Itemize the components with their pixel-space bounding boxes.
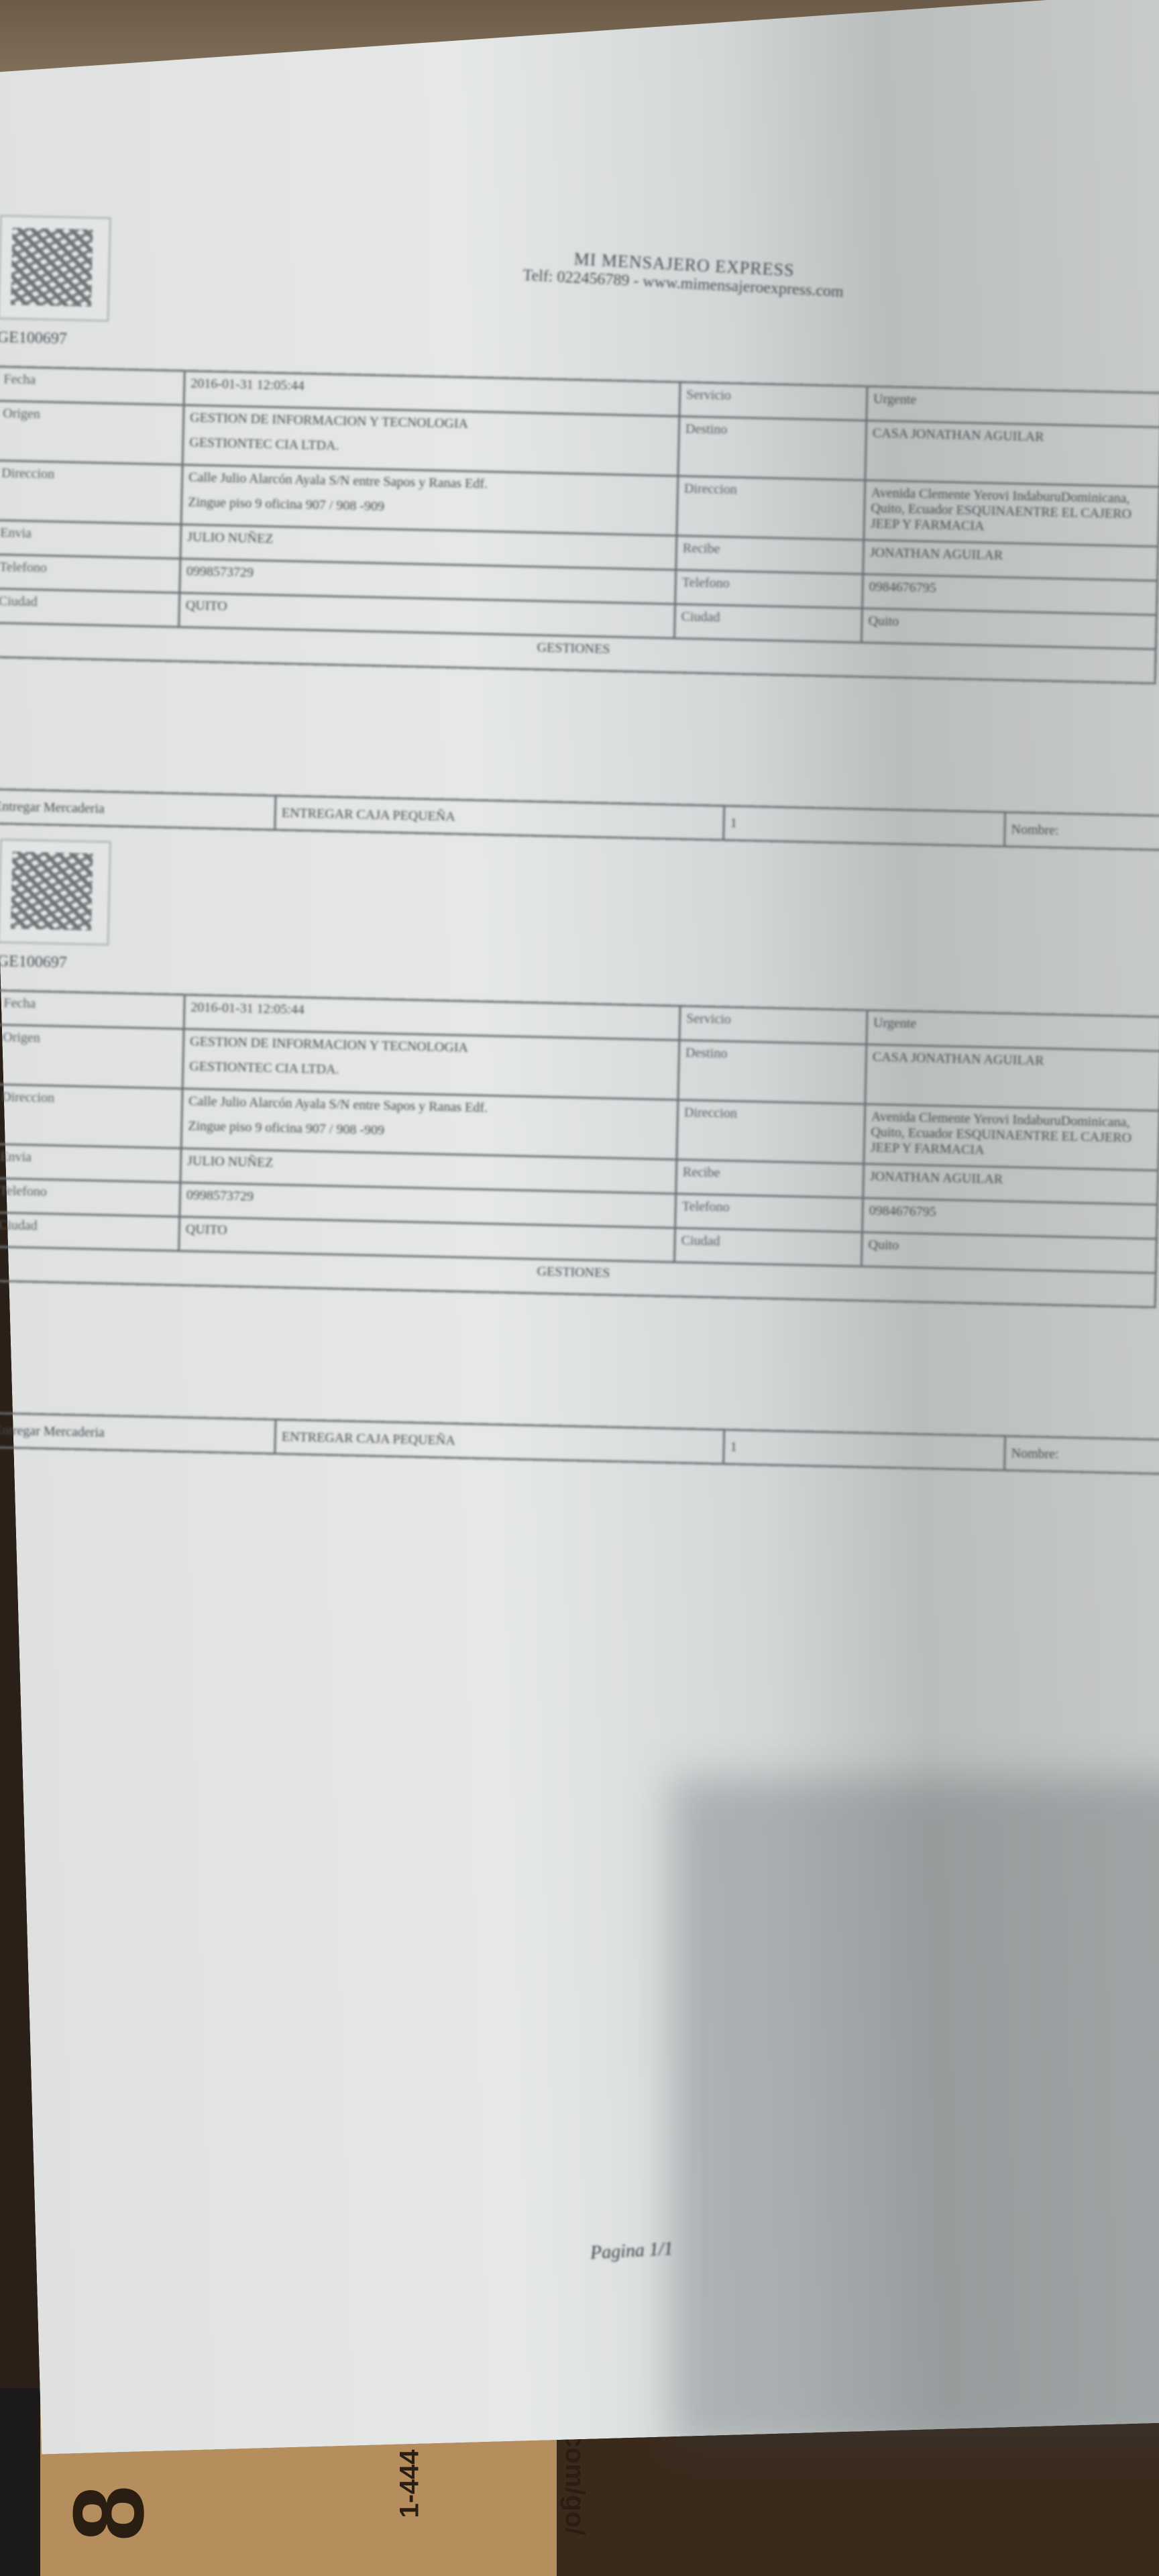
field-label: Ciudad [0,588,180,627]
field-label: Telefono [0,554,180,592]
qr-code-icon [0,839,111,946]
field-value: Calle Julio Alarcón Ayala S/N entre Sapo… [181,465,678,536]
box-print-url: com/go/ [559,2432,590,2535]
label-table: Fecha2016-01-31 12:05:44ServicioUrgente … [0,366,1159,684]
field-label: Fecha [0,366,184,405]
gestion-type: Entregar Mercaderia [0,789,276,830]
qr-code-icon [0,215,111,322]
field-value: CASA JONATHAN AGUILAR [865,421,1159,487]
field-label: Recibe [676,536,864,574]
box-print-code: 1-444 [395,2449,425,2518]
field-label: Servicio [679,382,867,421]
page-number: Pagina 1/1 [590,2239,673,2264]
field-label: Direccion [677,476,865,540]
field-label: Envia [0,1144,181,1182]
signature-field: Nombre: [1005,1436,1159,1474]
gestion-quantity: 1 [724,806,1005,846]
field-label: Ciudad [674,1228,862,1266]
field-label: Direccion [0,1084,182,1148]
label-table: Fecha2016-01-31 12:05:44ServicioUrgente … [0,989,1159,1308]
field-label: Destino [678,1040,867,1104]
signature-field: Nombre: [1005,812,1159,851]
box-print-number: 8 [50,2485,166,2541]
field-label: Telefono [0,1178,180,1216]
field-label: Telefono [675,570,863,608]
field-value: GESTION DE INFORMACION Y TECNOLOGIAGESTI… [182,405,679,476]
field-label: Origen [0,1024,184,1088]
field-label: Ciudad [0,1212,180,1250]
field-value: Avenida Clemente Yerovi IndaburuDominica… [864,480,1159,547]
field-label: Fecha [0,990,184,1028]
gestion-type: Entregar Mercaderia [0,1413,276,1454]
gestion-quantity: 1 [724,1430,1005,1470]
guide-number: GE100697 [0,953,67,972]
field-label: Recibe [676,1160,864,1198]
field-label: Servicio [679,1006,867,1044]
guide-number: GE100697 [0,329,67,348]
field-label: Destino [678,417,867,480]
field-label: Envia [0,520,181,558]
field-label: Ciudad [674,604,862,642]
field-label: Telefono [675,1193,863,1232]
field-label: Origen [0,400,184,464]
field-value: GESTION DE INFORMACION Y TECNOLOGIAGESTI… [182,1029,679,1100]
field-label: Direccion [0,460,182,524]
shadow [671,1778,1159,2449]
field-value: CASA JONATHAN AGUILAR [865,1044,1159,1111]
field-label: Direccion [677,1100,865,1164]
field-value: Avenida Clemente Yerovi IndaburuDominica… [864,1104,1159,1171]
field-value: Calle Julio Alarcón Ayala S/N entre Sapo… [181,1089,678,1160]
